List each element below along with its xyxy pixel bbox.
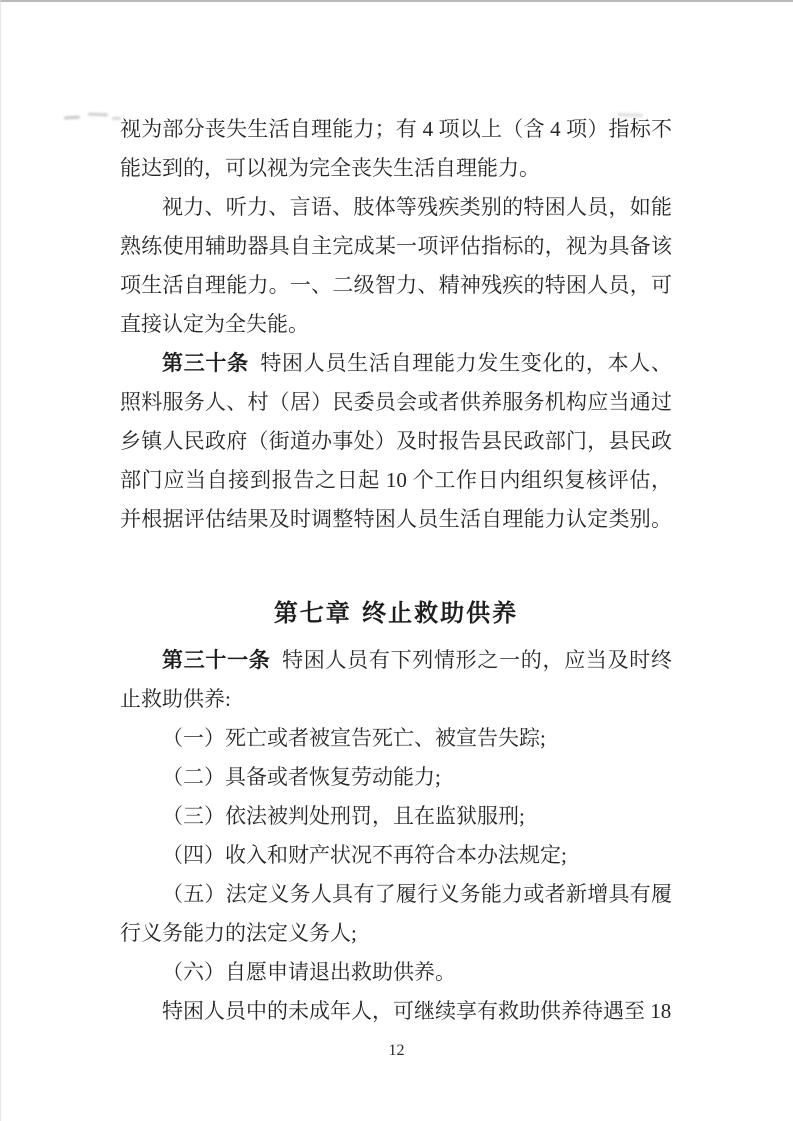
document-line: 特困人员中的未成年人，可继续享有救助供养待遇至 18 bbox=[120, 992, 672, 1031]
line-text: 特困人员有下列情形之一的，应当及时终 bbox=[282, 648, 672, 672]
document-line: 视力、听力、言语、肢体等残疾类别的特困人员，如能 bbox=[120, 188, 672, 227]
article-number: 第三十条 bbox=[162, 351, 249, 375]
document-line: （四）收入和财产状况不再符合本办法规定; bbox=[120, 836, 672, 875]
page-number: 12 bbox=[0, 1042, 793, 1060]
document-line: 照料服务人、村（居）民委员会或者供养服务机构应当通过 bbox=[120, 383, 672, 422]
document-line: 乡镇人民政府（街道办事处）及时报告县民政部门，县民政 bbox=[120, 422, 672, 461]
document-line: 视为部分丧失生活自理能力；有 4 项以上（含 4 项）指标不 bbox=[120, 110, 672, 149]
document-line: （五）法定义务人具有了履行义务能力或者新增具有履 bbox=[120, 875, 672, 914]
document-line: 熟练使用辅助器具自主完成某一项评估指标的，视为具备该 bbox=[120, 227, 672, 266]
document-line: 部门应当自接到报告之日起 10 个工作日内组织复核评估， bbox=[120, 461, 672, 500]
document-line: 止救助供养: bbox=[120, 680, 672, 719]
line-text: 特困人员生活自理能力发生变化的，本人、 bbox=[260, 351, 672, 375]
document-body: 视为部分丧失生活自理能力；有 4 项以上（含 4 项）指标不能达到的，可以视为完… bbox=[120, 110, 672, 1031]
scan-artifact bbox=[64, 116, 80, 120]
article-number: 第三十一条 bbox=[162, 648, 271, 672]
document-page: 视为部分丧失生活自理能力；有 4 项以上（含 4 项）指标不能达到的，可以视为完… bbox=[0, 0, 793, 1121]
scan-artifact bbox=[88, 113, 108, 117]
document-line: 行义务能力的法定义务人; bbox=[120, 914, 672, 953]
document-line: 项生活自理能力。一、二级智力、精神残疾的特困人员，可 bbox=[120, 266, 672, 305]
scan-left-edge bbox=[0, 0, 1, 1121]
document-line: 第三十条特困人员生活自理能力发生变化的，本人、 bbox=[120, 344, 672, 383]
document-line: （六）自愿申请退出救助供养。 bbox=[120, 953, 672, 992]
document-line: 能达到的，可以视为完全丧失生活自理能力。 bbox=[120, 149, 672, 188]
document-line: 直接认定为全失能。 bbox=[120, 305, 672, 344]
scan-top-edge bbox=[0, 0, 793, 2]
document-line: （一）死亡或者被宣告死亡、被宣告失踪; bbox=[120, 719, 672, 758]
document-line: 并根据评估结果及时调整特困人员生活自理能力认定类别。 bbox=[120, 500, 672, 539]
document-line: （三）依法被判处刑罚，且在监狱服刑; bbox=[120, 797, 672, 836]
chapter-heading: 第七章 终止救助供养 bbox=[120, 585, 672, 641]
document-line: 第三十一条特困人员有下列情形之一的，应当及时终 bbox=[120, 641, 672, 680]
document-line: （二）具备或者恢复劳动能力; bbox=[120, 758, 672, 797]
